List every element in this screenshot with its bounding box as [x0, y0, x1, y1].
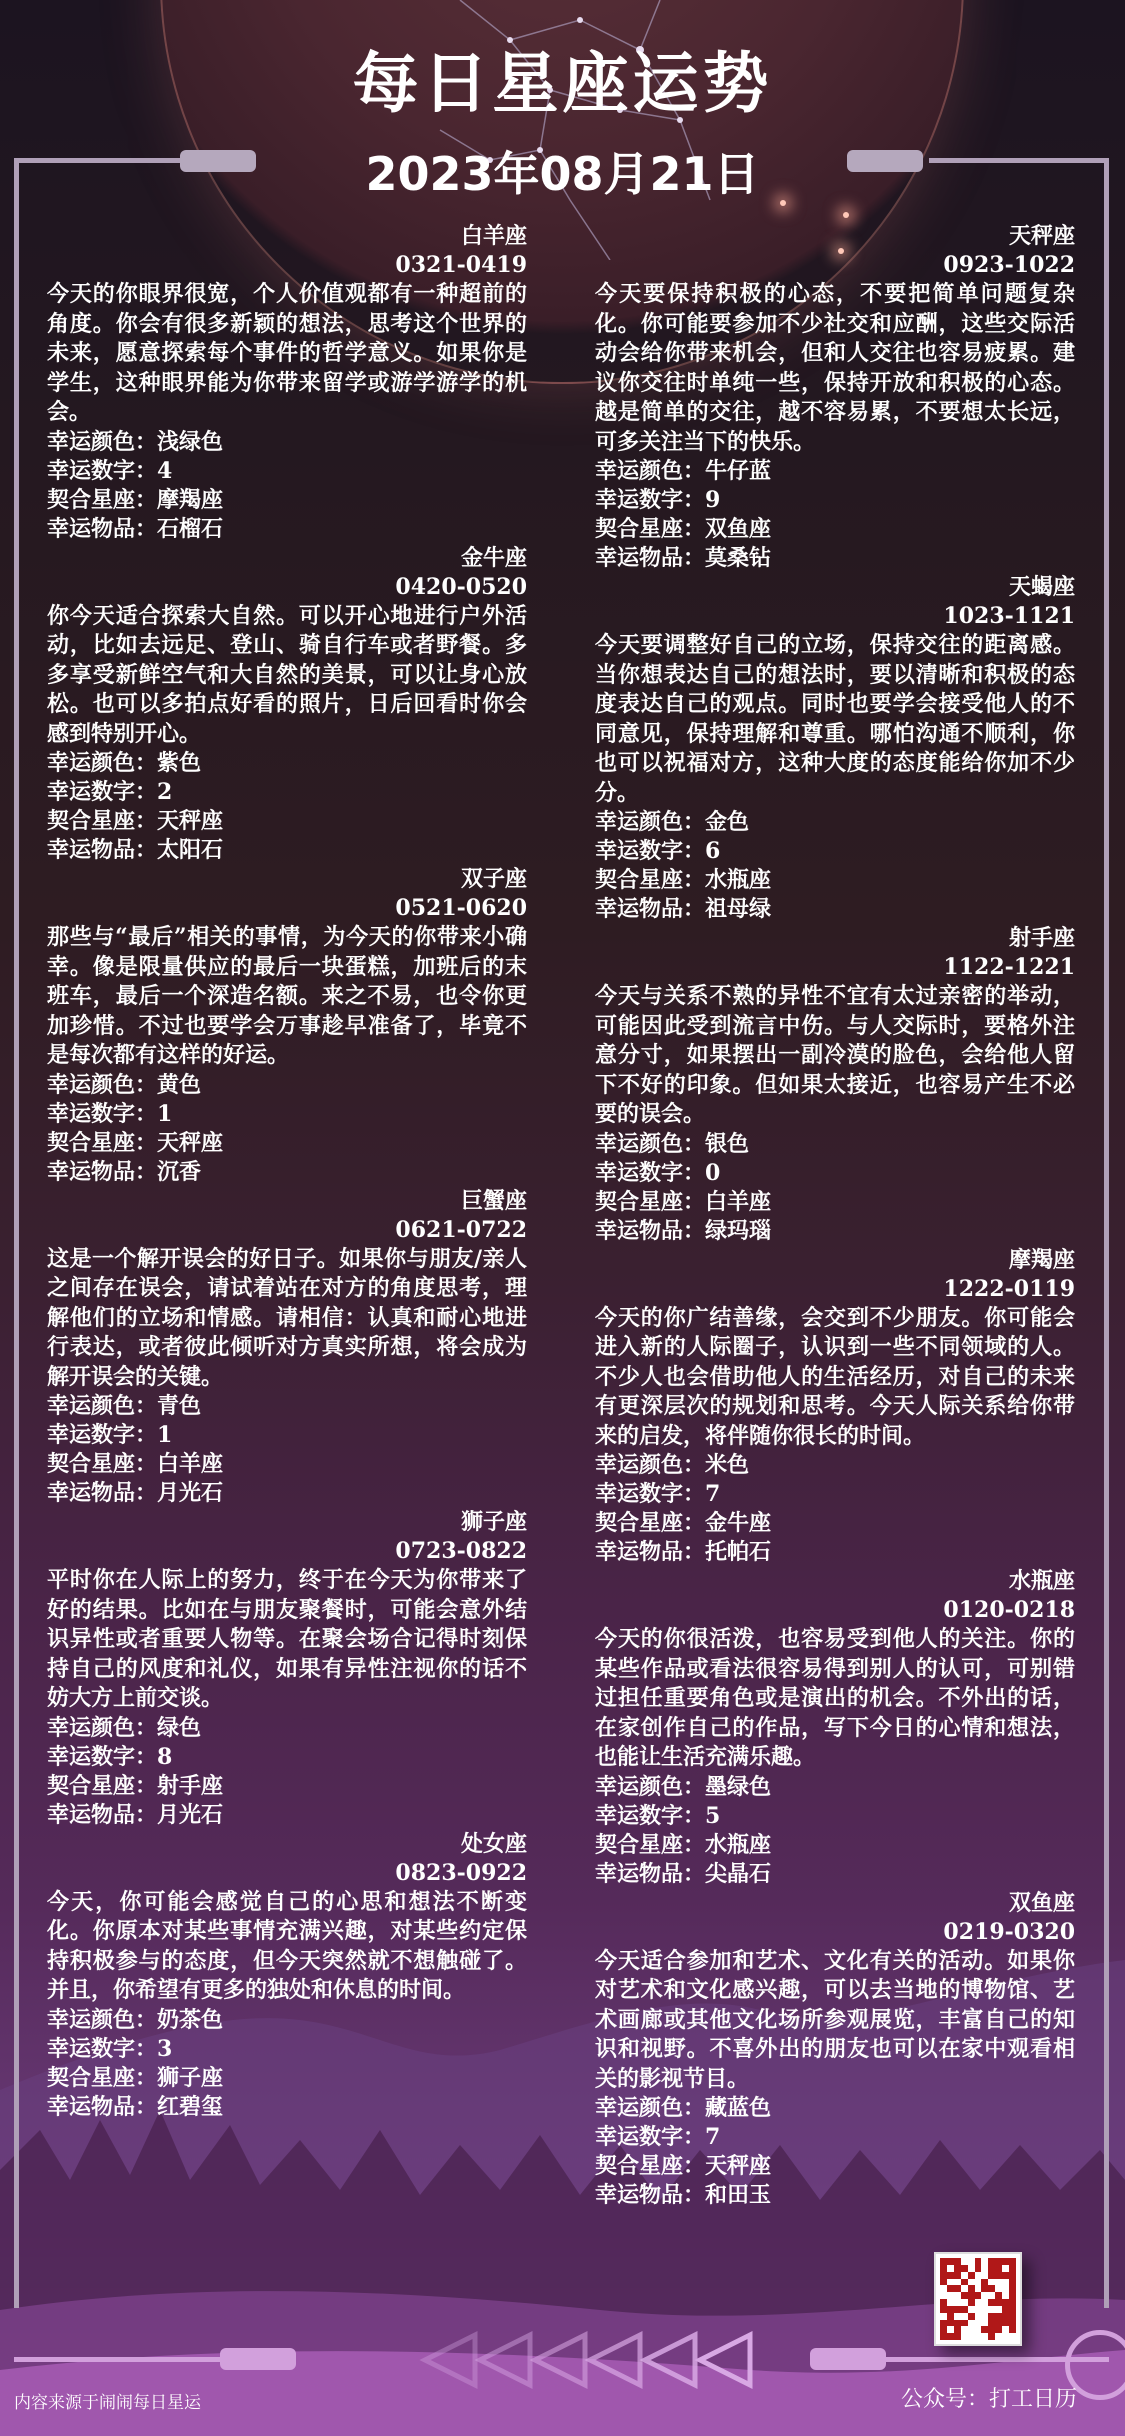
match-sign-value: 双鱼座 [705, 516, 771, 542]
sign-forecast: 今天，你可能会感觉自己的心思和想法不断变化。你原本对某些事情充满兴趣，对某些约定… [47, 1888, 527, 2006]
match-sign-label: 契合星座： [47, 1451, 157, 1477]
qr-module [995, 2306, 1002, 2313]
triangle-arrows-decoration [415, 2330, 775, 2390]
sign-card-sagittarius: 射手座 1122-1221 今天与关系不熟的异性不宜有太过亲密的举动，可能因此受… [595, 924, 1075, 1246]
qr-module [1009, 2285, 1016, 2292]
qr-module [988, 2313, 995, 2320]
lucky-color-label: 幸运颜色： [595, 809, 705, 835]
match-sign-label: 契合星座： [595, 2153, 705, 2179]
qr-module [981, 2265, 988, 2272]
qr-module [968, 2326, 975, 2333]
sign-name: 双鱼座 [595, 1889, 1075, 1918]
lucky-color-row: 幸运颜色：藏蓝色 [595, 2094, 1075, 2123]
qr-module [940, 2279, 947, 2286]
lucky-number-row: 幸运数字：5 [595, 1802, 1075, 1831]
qr-module [1002, 2313, 1009, 2320]
lucky-item-value: 祖母绿 [705, 896, 771, 922]
qr-module [968, 2265, 975, 2272]
sign-card-taurus: 金牛座 0420-0520 你今天适合探索大自然。可以开心地进行户外活动，比如去… [47, 544, 527, 866]
lucky-number-label: 幸运数字： [47, 1744, 157, 1770]
qr-module [1009, 2333, 1016, 2340]
lucky-color-row: 幸运颜色：米色 [595, 1451, 1075, 1480]
qr-module [947, 2279, 954, 2286]
qr-module [940, 2326, 947, 2333]
qr-module [961, 2272, 968, 2279]
lucky-color-label: 幸运颜色： [47, 750, 157, 776]
lucky-item-label: 幸运物品： [595, 1861, 705, 1887]
qr-module [954, 2279, 961, 2286]
star-sparkle [843, 212, 849, 218]
qr-module [981, 2292, 988, 2299]
sign-name: 狮子座 [47, 1508, 527, 1537]
match-sign-value: 狮子座 [157, 2065, 223, 2091]
match-sign-label: 契合星座： [595, 1189, 705, 1215]
lucky-item-row: 幸运物品：太阳石 [47, 836, 527, 865]
qr-module [1009, 2299, 1016, 2306]
match-sign-label: 契合星座： [47, 808, 157, 834]
qr-module [1002, 2292, 1009, 2299]
lucky-number-label: 幸运数字： [47, 1101, 157, 1127]
frame-pill-bottom-left [220, 2348, 296, 2370]
match-sign-label: 契合星座： [595, 1832, 705, 1858]
lucky-number-value: 9 [705, 487, 720, 513]
lucky-color-value: 奶茶色 [157, 2007, 223, 2033]
qr-code[interactable] [934, 2252, 1022, 2346]
qr-module [975, 2306, 982, 2313]
match-sign-value: 水瓶座 [705, 867, 771, 893]
lucky-color-label: 幸运颜色： [595, 1131, 705, 1157]
sign-date-range: 0321-0419 [47, 251, 527, 280]
lucky-item-label: 幸运物品： [47, 516, 157, 542]
lucky-number-value: 3 [157, 2036, 172, 2062]
sign-name: 水瓶座 [595, 1567, 1075, 1596]
qr-module [1002, 2285, 1009, 2292]
sign-name: 双子座 [47, 865, 527, 894]
qr-module [947, 2320, 954, 2327]
match-sign-label: 契合星座： [47, 1130, 157, 1156]
match-sign-row: 契合星座：金牛座 [595, 1509, 1075, 1538]
qr-module [968, 2333, 975, 2340]
lucky-color-value: 银色 [705, 1131, 749, 1157]
lucky-color-value: 墨绿色 [705, 1774, 771, 1800]
match-sign-label: 契合星座： [47, 2065, 157, 2091]
qr-module [940, 2333, 947, 2340]
qr-module [988, 2306, 995, 2313]
frame-line-bottom-left [14, 2357, 234, 2362]
qr-module [995, 2292, 1002, 2299]
match-sign-label: 契合星座： [595, 867, 705, 893]
qr-module [940, 2320, 947, 2327]
qr-module [954, 2265, 961, 2272]
lucky-number-row: 幸运数字：8 [47, 1743, 527, 1772]
qr-module [981, 2279, 988, 2286]
sign-card-capricorn: 摩羯座 1222-0119 今天的你广结善缘，会交到不少朋友。你可能会进入新的人… [595, 1246, 1075, 1568]
qr-module [954, 2333, 961, 2340]
lucky-item-value: 月光石 [157, 1802, 223, 1828]
lucky-item-label: 幸运物品： [595, 1218, 705, 1244]
qr-module [1002, 2272, 1009, 2279]
qr-module [947, 2333, 954, 2340]
qr-module [995, 2326, 1002, 2333]
sign-forecast: 平时你在人际上的努力，终于在今天为你带来了好的结果。比如在与朋友聚餐时，可能会意… [47, 1566, 527, 1714]
qr-module [995, 2272, 1002, 2279]
match-sign-label: 契合星座： [595, 516, 705, 542]
sign-card-leo: 狮子座 0723-0822 平时你在人际上的努力，终于在今天为你带来了好的结果。… [47, 1508, 527, 1830]
lucky-number-label: 幸运数字： [595, 1160, 705, 1186]
qr-module [975, 2326, 982, 2333]
qr-module [981, 2299, 988, 2306]
qr-module [1009, 2320, 1016, 2327]
horoscope-column-right: 天秤座 0923-1022 今天要保持积极的心态，不要把简单问题复杂化。你可能要… [595, 222, 1075, 2210]
lucky-color-row: 幸运颜色：青色 [47, 1392, 527, 1421]
lucky-number-label: 幸运数字： [47, 2036, 157, 2062]
qr-module [968, 2285, 975, 2292]
sign-date-range: 0219-0320 [595, 1918, 1075, 1947]
qr-module [968, 2272, 975, 2279]
qr-module [975, 2320, 982, 2327]
content-source-note: 内容来源于闹闹每日星运 [14, 2388, 201, 2413]
qr-module [981, 2285, 988, 2292]
lucky-number-value: 2 [157, 779, 172, 805]
qr-module [1002, 2299, 1009, 2306]
frame-line-left [14, 158, 19, 2308]
qr-module [981, 2320, 988, 2327]
lucky-item-label: 幸运物品： [47, 1159, 157, 1185]
lucky-color-label: 幸运颜色： [595, 1452, 705, 1478]
qr-module [975, 2292, 982, 2299]
match-sign-row: 契合星座：摩羯座 [47, 486, 527, 515]
lucky-item-row: 幸运物品：莫桑钻 [595, 544, 1075, 573]
match-sign-value: 天秤座 [157, 1130, 223, 1156]
match-sign-label: 契合星座： [595, 1510, 705, 1536]
match-sign-value: 天秤座 [705, 2153, 771, 2179]
qr-module [981, 2258, 988, 2265]
match-sign-row: 契合星座：天秤座 [47, 807, 527, 836]
qr-module [961, 2292, 968, 2299]
qr-module [968, 2313, 975, 2320]
lucky-item-row: 幸运物品：托帕石 [595, 1538, 1075, 1567]
lucky-number-row: 幸运数字：4 [47, 457, 527, 486]
qr-module [947, 2299, 954, 2306]
sign-date-range: 1122-1221 [595, 953, 1075, 982]
qr-module [975, 2285, 982, 2292]
match-sign-value: 摩羯座 [157, 487, 223, 513]
sign-date-range: 0621-0722 [47, 1216, 527, 1245]
qr-module [947, 2326, 954, 2333]
qr-module [1009, 2306, 1016, 2313]
lucky-color-value: 藏蓝色 [705, 2095, 771, 2121]
lucky-number-label: 幸运数字： [47, 779, 157, 805]
qr-module [961, 2299, 968, 2306]
match-sign-row: 契合星座：白羊座 [595, 1188, 1075, 1217]
qr-module [954, 2299, 961, 2306]
lucky-number-label: 幸运数字： [595, 2124, 705, 2150]
lucky-color-row: 幸运颜色：金色 [595, 808, 1075, 837]
page-title: 每日星座运势 [0, 30, 1125, 125]
match-sign-value: 水瓶座 [705, 1832, 771, 1858]
qr-module [961, 2313, 968, 2320]
lucky-item-label: 幸运物品： [47, 2094, 157, 2120]
official-account-label: 公众号：打工日历 [901, 2382, 1077, 2413]
lucky-color-value: 青色 [157, 1393, 201, 1419]
lucky-item-row: 幸运物品：石榴石 [47, 515, 527, 544]
sign-forecast: 今天与关系不熟的异性不宜有太过亲密的举动，可能因此受到流言中伤。与人交际时，要格… [595, 982, 1075, 1130]
sign-date-range: 0120-0218 [595, 1596, 1075, 1625]
qr-module [1002, 2333, 1009, 2340]
match-sign-value: 射手座 [157, 1773, 223, 1799]
sign-card-gemini: 双子座 0521-0620 那些与“最后”相关的事情，为今天的你带来小确幸。像是… [47, 865, 527, 1187]
qr-module [961, 2333, 968, 2340]
lucky-color-value: 浅绿色 [157, 429, 223, 455]
qr-module [954, 2306, 961, 2313]
sign-name: 处女座 [47, 1830, 527, 1859]
lucky-color-value: 牛仔蓝 [705, 458, 771, 484]
match-sign-value: 白羊座 [157, 1451, 223, 1477]
match-sign-row: 契合星座：天秤座 [595, 2152, 1075, 2181]
lucky-color-row: 幸运颜色：银色 [595, 1130, 1075, 1159]
horoscope-column-left: 白羊座 0321-0419 今天的你眼界很宽，个人价值观都有一种超前的角度。你会… [47, 222, 527, 2122]
match-sign-row: 契合星座：狮子座 [47, 2064, 527, 2093]
qr-module [954, 2292, 961, 2299]
qr-module [947, 2292, 954, 2299]
qr-module [981, 2313, 988, 2320]
qr-module [988, 2265, 995, 2272]
match-sign-row: 契合星座：水瓶座 [595, 1831, 1075, 1860]
qr-module [988, 2326, 995, 2333]
sign-forecast: 那些与“最后”相关的事情，为今天的你带来小确幸。像是限量供应的最后一块蛋糕，加班… [47, 923, 527, 1071]
lucky-color-label: 幸运颜色： [595, 2095, 705, 2121]
qr-module [1009, 2258, 1016, 2265]
match-sign-row: 契合星座：双鱼座 [595, 515, 1075, 544]
sign-forecast: 今天适合参加和艺术、文化有关的活动。如果你对艺术和文化感兴趣，可以去当地的博物馆… [595, 1947, 1075, 2095]
qr-module [947, 2258, 954, 2265]
match-sign-row: 契合星座：天秤座 [47, 1129, 527, 1158]
qr-module [1009, 2272, 1016, 2279]
match-sign-label: 契合星座： [47, 1773, 157, 1799]
qr-module [975, 2299, 982, 2306]
lucky-item-label: 幸运物品： [47, 1480, 157, 1506]
sign-forecast: 今天要调整好自己的立场，保持交往的距离感。当你想表达自己的想法时，要以清晰和积极… [595, 631, 1075, 808]
qr-module [940, 2265, 947, 2272]
lucky-number-value: 7 [705, 2124, 720, 2150]
qr-module [940, 2285, 947, 2292]
qr-module [988, 2292, 995, 2299]
lucky-number-label: 幸运数字： [47, 458, 157, 484]
match-sign-value: 金牛座 [705, 1510, 771, 1536]
match-sign-value: 白羊座 [705, 1189, 771, 1215]
sign-card-cancer: 巨蟹座 0621-0722 这是一个解开误会的好日子。如果你与朋友/亲人之间存在… [47, 1187, 527, 1509]
qr-module [995, 2265, 1002, 2272]
lucky-item-value: 沉香 [157, 1159, 201, 1185]
lucky-color-label: 幸运颜色： [47, 1715, 157, 1741]
qr-module [954, 2272, 961, 2279]
qr-module [975, 2265, 982, 2272]
sign-card-pisces: 双鱼座 0219-0320 今天适合参加和艺术、文化有关的活动。如果你对艺术和文… [595, 1889, 1075, 2211]
qr-module [947, 2285, 954, 2292]
qr-module [1009, 2265, 1016, 2272]
qr-module [975, 2333, 982, 2340]
sign-card-aquarius: 水瓶座 0120-0218 今天的你很活泼，也容易受到他人的关注。你的某些作品或… [595, 1567, 1075, 1889]
sign-date-range: 0723-0822 [47, 1537, 527, 1566]
qr-module [988, 2285, 995, 2292]
lucky-number-label: 幸运数字： [595, 838, 705, 864]
lucky-number-label: 幸运数字： [595, 487, 705, 513]
lucky-number-row: 幸运数字：1 [47, 1421, 527, 1450]
qr-module [1009, 2292, 1016, 2299]
lucky-color-value: 米色 [705, 1452, 749, 1478]
lucky-item-value: 尖晶石 [705, 1861, 771, 1887]
qr-module [975, 2258, 982, 2265]
lucky-item-value: 石榴石 [157, 516, 223, 542]
qr-module [981, 2272, 988, 2279]
qr-module [988, 2333, 995, 2340]
qr-module [995, 2299, 1002, 2306]
qr-module [961, 2258, 968, 2265]
lucky-color-row: 幸运颜色：墨绿色 [595, 1773, 1075, 1802]
sign-name: 巨蟹座 [47, 1187, 527, 1216]
lucky-color-label: 幸运颜色： [47, 1393, 157, 1419]
qr-module [940, 2306, 947, 2313]
qr-module [988, 2279, 995, 2286]
qr-module [1002, 2279, 1009, 2286]
lucky-color-label: 幸运颜色： [47, 1072, 157, 1098]
lucky-color-value: 紫色 [157, 750, 201, 776]
lucky-number-value: 1 [157, 1422, 172, 1448]
match-sign-row: 契合星座：白羊座 [47, 1450, 527, 1479]
sign-forecast: 这是一个解开误会的好日子。如果你与朋友/亲人之间存在误会，请试着站在对方的角度思… [47, 1245, 527, 1393]
lucky-item-value: 太阳石 [157, 837, 223, 863]
qr-module [961, 2306, 968, 2313]
qr-module [968, 2292, 975, 2299]
lucky-number-row: 幸运数字：7 [595, 2123, 1075, 2152]
lucky-number-row: 幸运数字：7 [595, 1480, 1075, 1509]
sign-card-scorpio: 天蝎座 1023-1121 今天要调整好自己的立场，保持交往的距离感。当你想表达… [595, 573, 1075, 924]
match-sign-row: 契合星座：射手座 [47, 1772, 527, 1801]
qr-module [975, 2313, 982, 2320]
lucky-number-row: 幸运数字：3 [47, 2035, 527, 2064]
qr-module [968, 2279, 975, 2286]
qr-module [968, 2320, 975, 2327]
lucky-color-label: 幸运颜色： [47, 2007, 157, 2033]
qr-module [1009, 2313, 1016, 2320]
lucky-item-row: 幸运物品：祖母绿 [595, 895, 1075, 924]
frame-line-right [1104, 158, 1109, 2308]
lucky-number-label: 幸运数字： [595, 1803, 705, 1829]
qr-module [1002, 2320, 1009, 2327]
sign-name: 天蝎座 [595, 573, 1075, 602]
match-sign-value: 天秤座 [157, 808, 223, 834]
lucky-number-value: 4 [157, 458, 172, 484]
lucky-color-value: 绿色 [157, 1715, 201, 1741]
qr-module [961, 2285, 968, 2292]
lucky-item-value: 红碧玺 [157, 2094, 223, 2120]
qr-module [947, 2265, 954, 2272]
sign-name: 射手座 [595, 924, 1075, 953]
qr-module [961, 2265, 968, 2272]
sign-date-range: 0420-0520 [47, 573, 527, 602]
lucky-item-row: 幸运物品：尖晶石 [595, 1860, 1075, 1889]
qr-module [954, 2285, 961, 2292]
lucky-number-value: 7 [705, 1481, 720, 1507]
qr-module [981, 2326, 988, 2333]
qr-module [968, 2258, 975, 2265]
lucky-color-label: 幸运颜色： [47, 429, 157, 455]
sign-name: 金牛座 [47, 544, 527, 573]
lucky-color-row: 幸运颜色：绿色 [47, 1714, 527, 1743]
lucky-item-label: 幸运物品： [47, 1802, 157, 1828]
qr-module [954, 2326, 961, 2333]
sign-date-range: 1023-1121 [595, 602, 1075, 631]
lucky-color-row: 幸运颜色：浅绿色 [47, 428, 527, 457]
lucky-item-value: 月光石 [157, 1480, 223, 1506]
sign-name: 白羊座 [47, 222, 527, 251]
lucky-number-value: 1 [157, 1101, 172, 1127]
sign-date-range: 1222-0119 [595, 1275, 1075, 1304]
qr-module [988, 2258, 995, 2265]
lucky-item-label: 幸运物品： [595, 2182, 705, 2208]
lucky-item-row: 幸运物品：和田玉 [595, 2181, 1075, 2210]
sign-name: 天秤座 [595, 222, 1075, 251]
qr-module [975, 2279, 982, 2286]
qr-module [995, 2320, 1002, 2327]
match-sign-row: 契合星座：水瓶座 [595, 866, 1075, 895]
qr-module [961, 2279, 968, 2286]
lucky-item-label: 幸运物品： [595, 545, 705, 571]
lucky-number-row: 幸运数字：6 [595, 837, 1075, 866]
qr-module [968, 2299, 975, 2306]
qr-module [981, 2333, 988, 2340]
qr-module [1002, 2265, 1009, 2272]
qr-module [1009, 2279, 1016, 2286]
qr-module [940, 2299, 947, 2306]
lucky-item-label: 幸运物品： [595, 1539, 705, 1565]
lucky-item-value: 和田玉 [705, 2182, 771, 2208]
lucky-item-row: 幸运物品：月光石 [47, 1479, 527, 1508]
qr-module [947, 2306, 954, 2313]
qr-module [988, 2272, 995, 2279]
lucky-number-value: 8 [157, 1744, 172, 1770]
match-sign-label: 契合星座： [47, 487, 157, 513]
lucky-number-row: 幸运数字：2 [47, 778, 527, 807]
sign-forecast: 今天要保持积极的心态，不要把简单问题复杂化。你可能要参加不少社交和应酬，这些交际… [595, 280, 1075, 457]
sign-forecast: 今天的你广结善缘，会交到不少朋友。你可能会进入新的人际圈子，认识到一些不同领域的… [595, 1304, 1075, 1452]
sign-name: 摩羯座 [595, 1246, 1075, 1275]
sign-card-libra: 天秤座 0923-1022 今天要保持积极的心态，不要把简单问题复杂化。你可能要… [595, 222, 1075, 573]
lucky-item-label: 幸运物品： [595, 896, 705, 922]
lucky-item-label: 幸运物品： [47, 837, 157, 863]
lucky-item-value: 莫桑钻 [705, 545, 771, 571]
qr-module [1009, 2326, 1016, 2333]
qr-module [940, 2258, 947, 2265]
qr-module [940, 2272, 947, 2279]
sign-date-range: 0823-0922 [47, 1859, 527, 1888]
lucky-item-row: 幸运物品：沉香 [47, 1158, 527, 1187]
sign-forecast: 今天的你眼界很宽，个人价值观都有一种超前的角度。你会有很多新颖的想法，思考这个世… [47, 280, 527, 428]
lucky-number-row: 幸运数字：9 [595, 486, 1075, 515]
qr-module [947, 2313, 954, 2320]
qr-module [995, 2313, 1002, 2320]
qr-module [968, 2306, 975, 2313]
qr-module [1002, 2306, 1009, 2313]
qr-module [954, 2313, 961, 2320]
frame-pill-bottom-right [810, 2348, 886, 2370]
lucky-item-value: 托帕石 [705, 1539, 771, 1565]
sign-forecast: 你今天适合探索大自然。可以开心地进行户外活动，比如去远足、登山、骑自行车或者野餐… [47, 602, 527, 750]
qr-module [995, 2279, 1002, 2286]
qr-module [995, 2258, 1002, 2265]
lucky-item-value: 绿玛瑙 [705, 1218, 771, 1244]
lucky-color-row: 幸运颜色：紫色 [47, 749, 527, 778]
